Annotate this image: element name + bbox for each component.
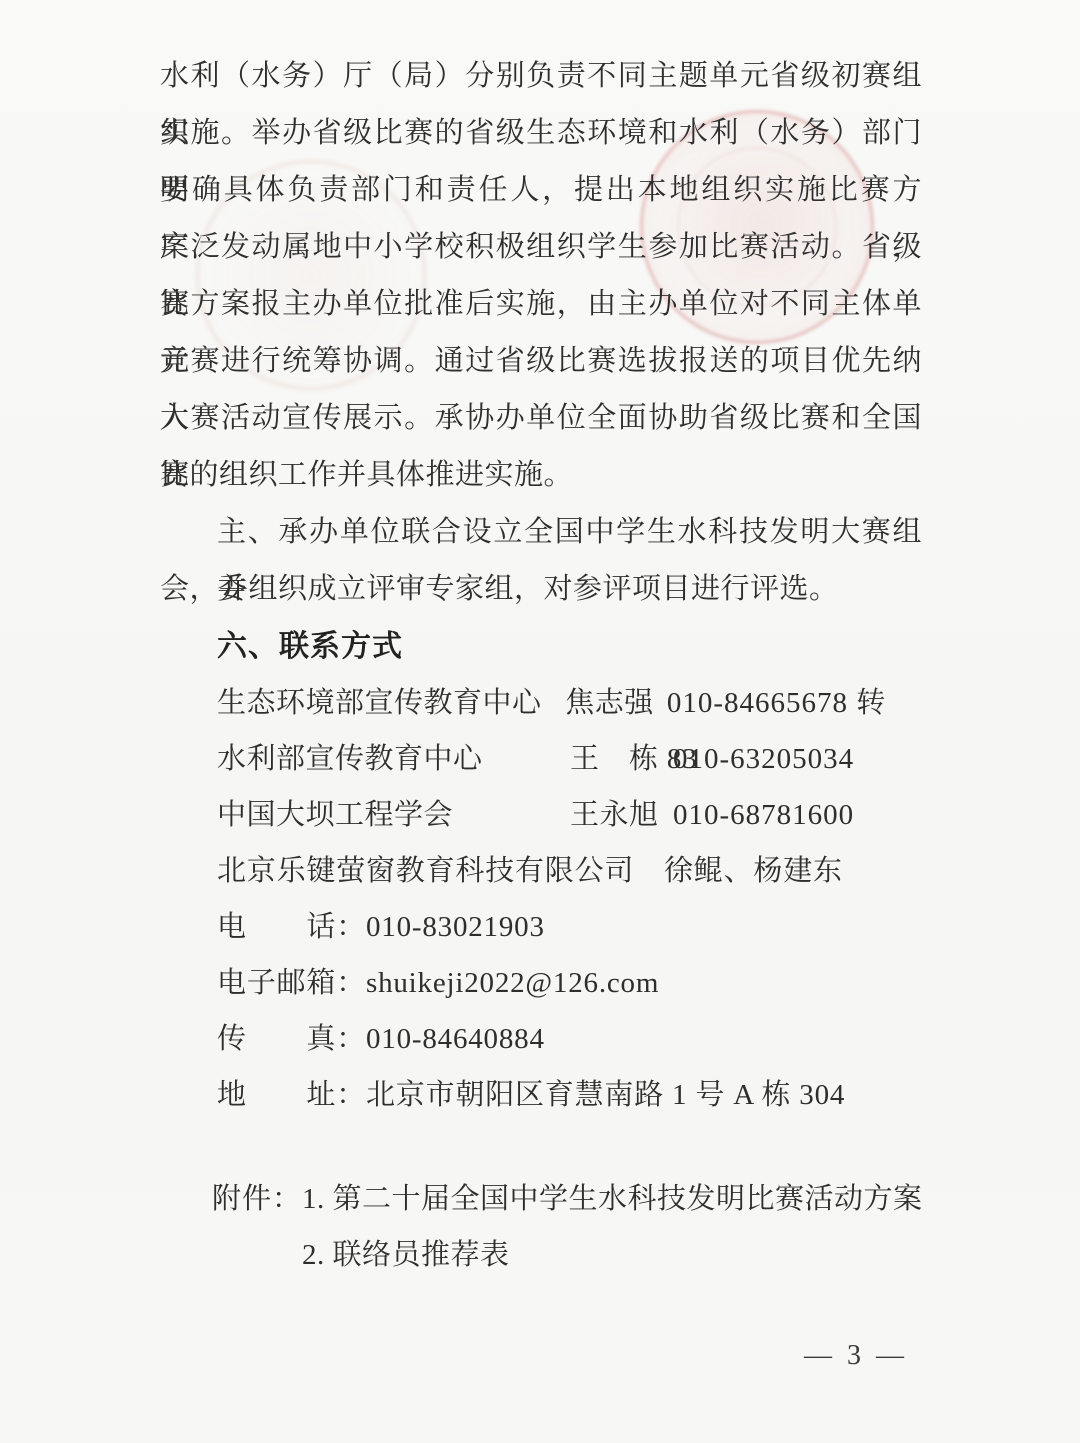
attachment-item: 2. 联络员推荐表 <box>302 1227 923 1283</box>
contact-organization: 中国大坝工程学会 <box>217 787 570 843</box>
contact-row: 生态环境部宣传教育中心 焦志强 010-84665678 转 83 <box>217 675 922 731</box>
body-line: 竞赛进行统筹协调。通过省级比赛选拔报送的项目优先纳入 <box>160 333 922 390</box>
document-body: 水利（水务）厅（局）分别负责不同主题单元省级初赛组织 实施。举办省级比赛的省级生… <box>160 48 922 1283</box>
attachment-item: 1. 第二十届全国中学生水科技发明比赛活动方案 <box>302 1171 923 1227</box>
contact-phone: 010-84665678 转 83 <box>667 675 922 731</box>
body-line: 水利（水务）厅（局）分别负责不同主题单元省级初赛组织 <box>160 48 922 105</box>
email-line: 电子邮箱：shuikeji2022@126.com <box>217 955 922 1011</box>
phone-line: 电 话：010-83021903 <box>217 899 922 955</box>
address-line: 地 址：北京市朝阳区育慧南路 1 号 A 栋 304 <box>217 1067 922 1123</box>
contact-phone: 010-63205034 <box>673 731 854 787</box>
contact-row: 水利部宣传教育中心 王 栋 010-63205034 <box>217 731 922 787</box>
body-line: 主、承办单位联合设立全国中学生水科技发明大赛组委 <box>217 504 922 561</box>
contact-row: 中国大坝工程学会 王永旭 010-68781600 <box>217 787 922 843</box>
body-line: 会，并组织成立评审专家组，对参评项目进行评选。 <box>160 561 922 618</box>
contact-person: 焦志强 <box>565 675 667 731</box>
contact-organization: 水利部宣传教育中心 <box>217 731 570 787</box>
body-line: 实施。举办省级比赛的省级生态环境和水利（水务）部门要 <box>160 105 922 162</box>
fax-line: 传 真：010-84640884 <box>217 1011 922 1067</box>
page-number: — 3 — <box>804 1340 908 1372</box>
body-line: 广泛发动属地中小学校积极组织学生参加比赛活动。省级比 <box>160 219 922 276</box>
contact-phone: 010-68781600 <box>673 787 854 843</box>
contact-person: 王 栋 <box>570 731 673 787</box>
body-line: 明确具体负责部门和责任人，提出本地组织实施比赛方案， <box>160 162 922 219</box>
section-heading-contact-info: 六、联系方式 <box>217 618 922 675</box>
body-line: 赛的组织工作并具体推进实施。 <box>160 447 922 504</box>
scanned-document-page: 水利（水务）厅（局）分别负责不同主题单元省级初赛组织 实施。举办省级比赛的省级生… <box>0 0 1080 1443</box>
contact-company-line: 北京乐键萤窗教育科技有限公司 徐鲲、杨建东 <box>217 843 922 899</box>
attachments-label: 附件： <box>212 1171 302 1283</box>
body-line: 赛方案报主办单位批准后实施，由主办单位对不同主体单元 <box>160 276 922 333</box>
body-line: 大赛活动宣传展示。承协办单位全面协助省级比赛和全国比 <box>160 390 922 447</box>
attachments-block: 附件： 1. 第二十届全国中学生水科技发明比赛活动方案 2. 联络员推荐表 <box>212 1171 922 1283</box>
contact-organization: 生态环境部宣传教育中心 <box>217 675 565 731</box>
attachments-list: 1. 第二十届全国中学生水科技发明比赛活动方案 2. 联络员推荐表 <box>302 1171 923 1283</box>
contact-person: 王永旭 <box>570 787 673 843</box>
